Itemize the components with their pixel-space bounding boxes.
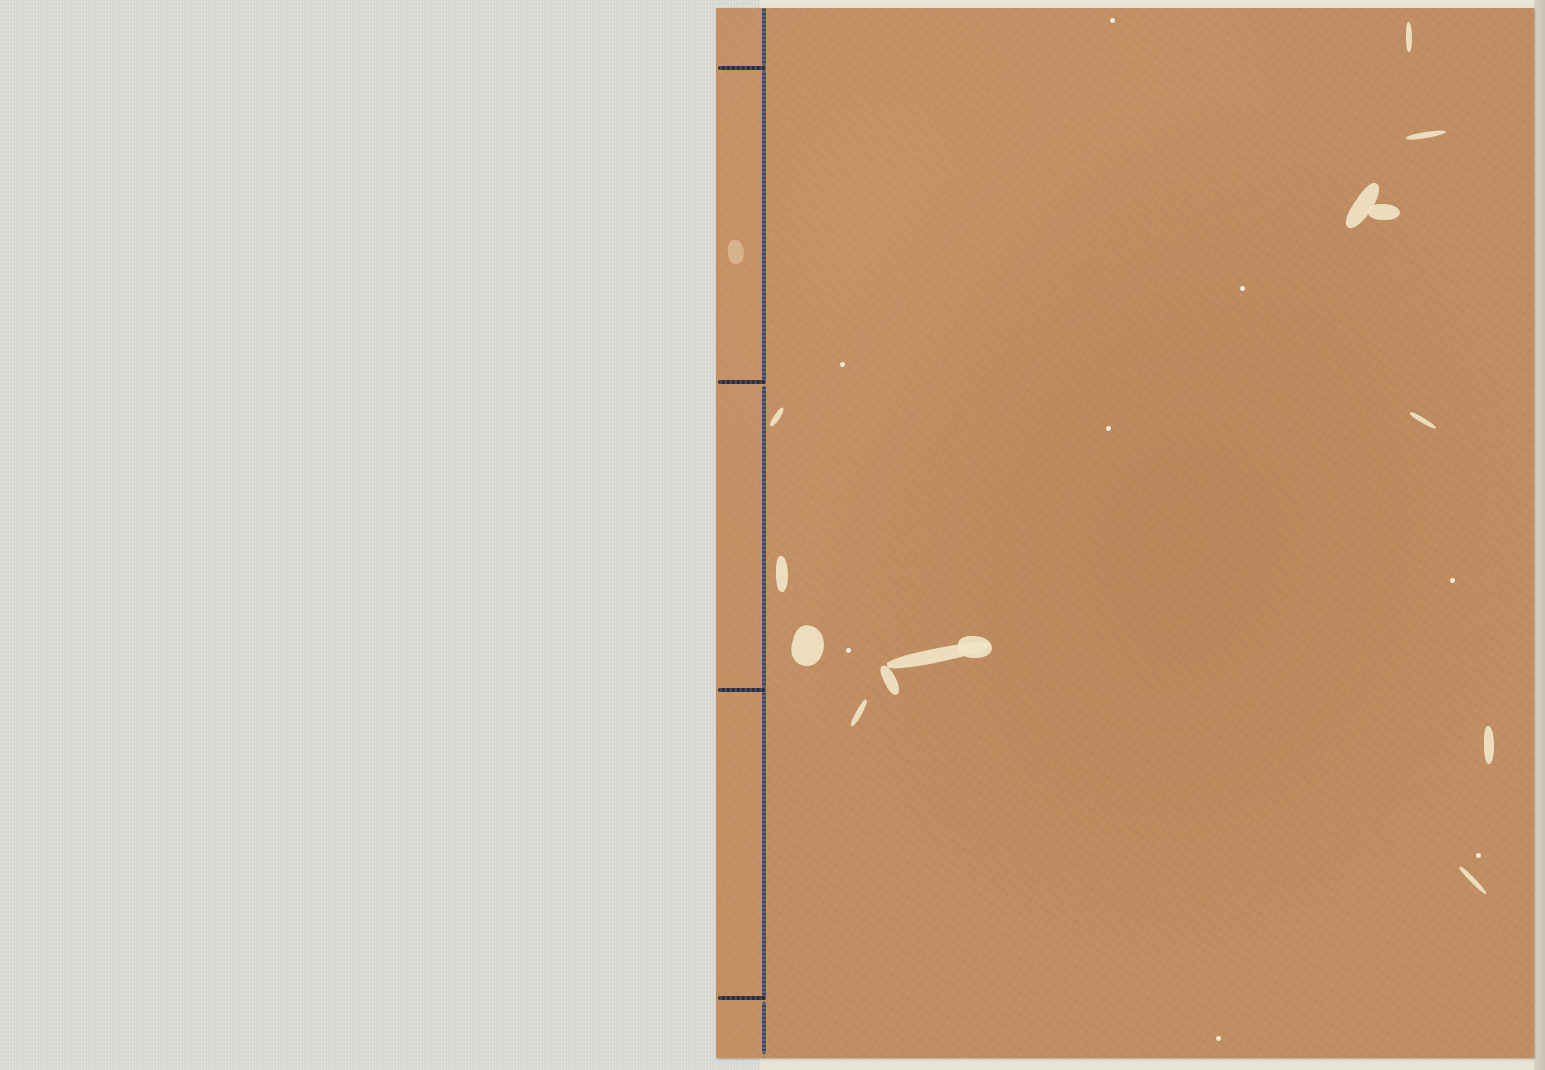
book-cover (716, 8, 1534, 1058)
binding-thread-5 (762, 1002, 766, 1054)
stitch-3 (718, 688, 766, 692)
paper-speck (1216, 1036, 1221, 1041)
paper-speck (1106, 426, 1111, 431)
binding-thread-4 (762, 692, 766, 998)
stitch-1 (718, 66, 766, 70)
paper-damage-spot (1406, 22, 1412, 52)
binding-thread-2 (762, 70, 766, 382)
paper-damage-spot (849, 699, 869, 728)
paper-damage-spot (768, 406, 786, 427)
binding-thread-3 (762, 386, 766, 688)
paper-damage-spot (1458, 865, 1488, 895)
paper-damage-spot (776, 556, 788, 592)
paper-speck (1240, 286, 1245, 291)
underlying-page-edge (1534, 0, 1545, 1070)
paper-damage-spot (1406, 129, 1446, 142)
paper-damage-spot (728, 240, 744, 264)
paper-speck (1110, 18, 1115, 23)
paper-damage-spot (1484, 726, 1494, 764)
paper-speck (840, 362, 845, 367)
book-spine (716, 8, 765, 1058)
paper-speck (1450, 578, 1455, 583)
paper-damage-spot (1368, 204, 1400, 220)
paper-damage-spot (958, 636, 992, 658)
paper-speck (846, 648, 851, 653)
stitch-2 (718, 380, 766, 384)
paper-damage-spot (1409, 411, 1437, 430)
stitch-4 (718, 996, 766, 1000)
paper-damage-spot (787, 623, 828, 670)
binding-thread-1 (762, 8, 766, 66)
paper-speck (1476, 853, 1481, 858)
